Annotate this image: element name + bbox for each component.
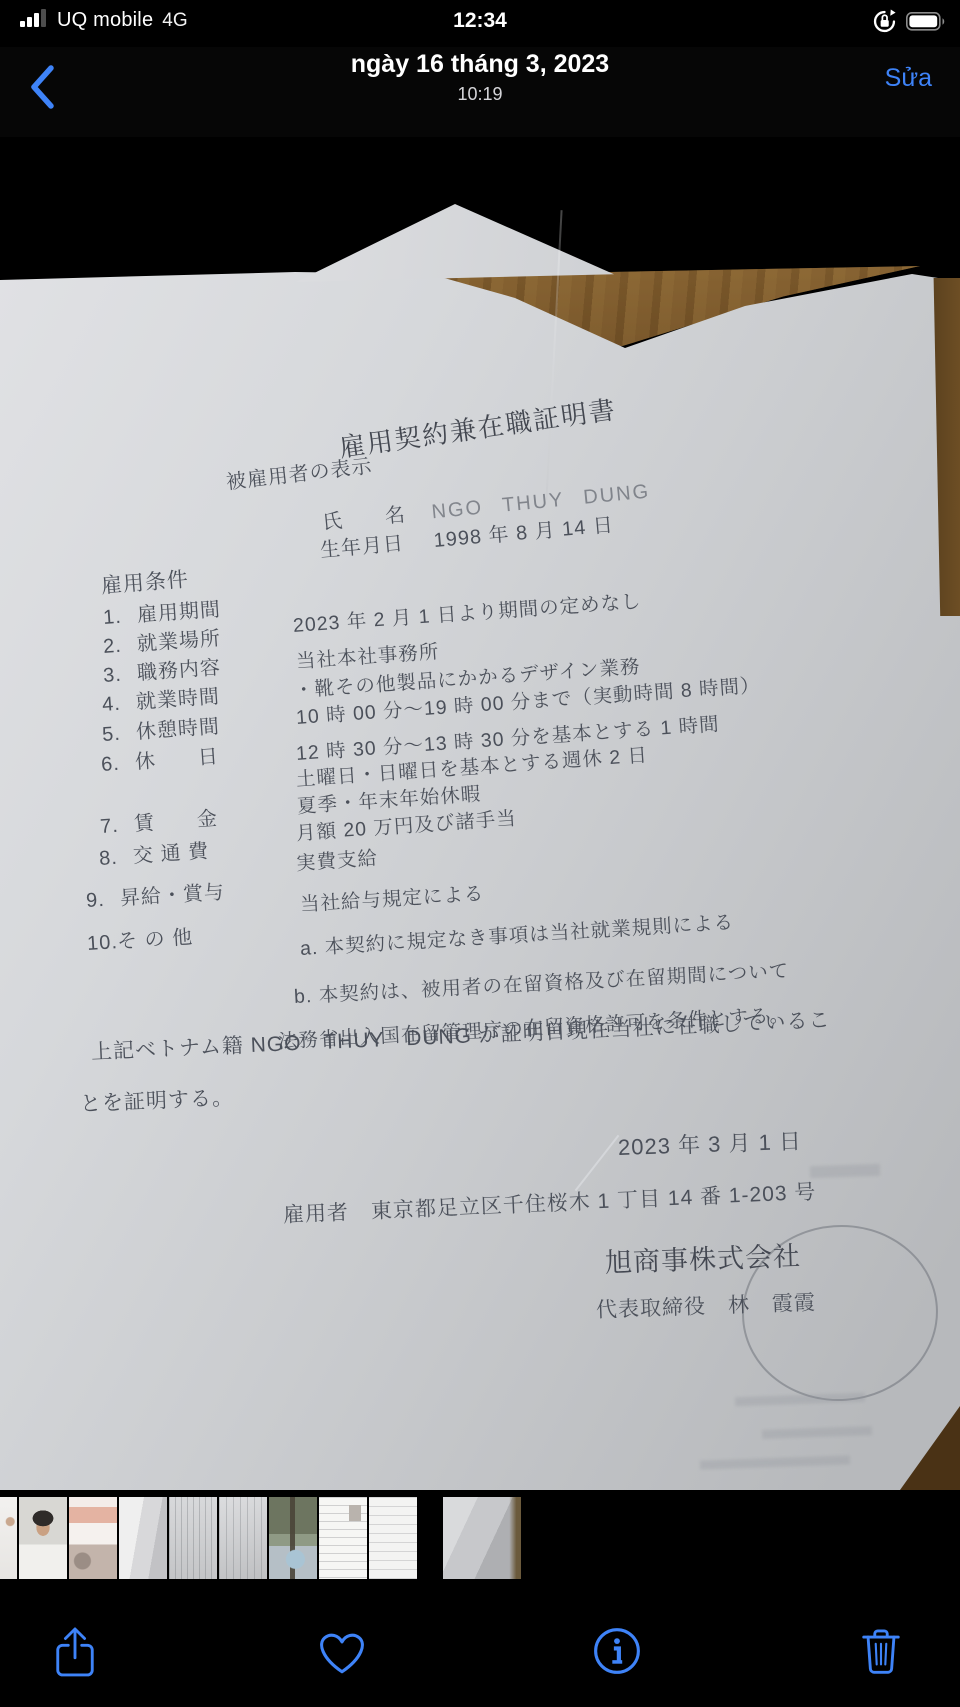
favorite-button[interactable] (307, 1610, 377, 1692)
bottom-toolbar (0, 1596, 960, 1707)
doc-company-name: 旭商事株式会社 (604, 1234, 801, 1280)
filmstrip-thumbnail[interactable] (119, 1497, 167, 1579)
paper-folded-corner (296, 204, 614, 282)
doc-issue-date: 2023 年 3 月 1 日 (617, 1125, 802, 1162)
photos-app-screen: UQ mobile 4G 12:34 (0, 0, 960, 1707)
filmstrip-thumbnail[interactable] (369, 1497, 417, 1579)
filmstrip-thumbnail-current[interactable] (443, 1497, 521, 1579)
clock: 12:34 (0, 9, 960, 33)
info-icon (592, 1626, 642, 1676)
edit-button[interactable]: Sửa (879, 63, 938, 94)
filmstrip-thumbnail[interactable] (269, 1497, 317, 1579)
rotation-lock-icon (871, 8, 898, 40)
photo-time-subtitle: 10:19 (0, 81, 960, 107)
doc-item-8-value: 実費支給 (295, 842, 379, 876)
trash-icon (858, 1624, 904, 1678)
doc-employer-label: 雇用者 (283, 1201, 350, 1227)
ink-bleed-smudge (810, 1164, 880, 1178)
filmstrip-thumbnail[interactable] (319, 1497, 367, 1579)
filmstrip-thumbnail[interactable] (169, 1497, 217, 1579)
filmstrip-thumbnail[interactable] (219, 1497, 267, 1579)
share-button[interactable] (40, 1610, 110, 1692)
battery-icon (906, 12, 946, 36)
photo-viewer[interactable]: 雇用契約兼在職証明書 被雇用者の表示 氏 名NGO THUY DUNG 生年月日… (0, 137, 960, 1490)
delete-button[interactable] (846, 1610, 916, 1692)
photo-date-title: ngày 16 tháng 3, 2023 (0, 47, 960, 81)
info-button[interactable] (582, 1610, 652, 1692)
filmstrip-thumbnail[interactable] (69, 1497, 117, 1579)
filmstrip (0, 1497, 960, 1579)
filmstrip-thumbnail[interactable] (0, 1497, 17, 1579)
filmstrip-thumbnail[interactable] (19, 1497, 67, 1579)
heart-icon (315, 1626, 369, 1676)
photo-header: ngày 16 tháng 3, 2023 10:19 Sửa (0, 47, 960, 137)
share-icon (52, 1622, 98, 1680)
status-bar: UQ mobile 4G 12:34 (0, 0, 960, 47)
